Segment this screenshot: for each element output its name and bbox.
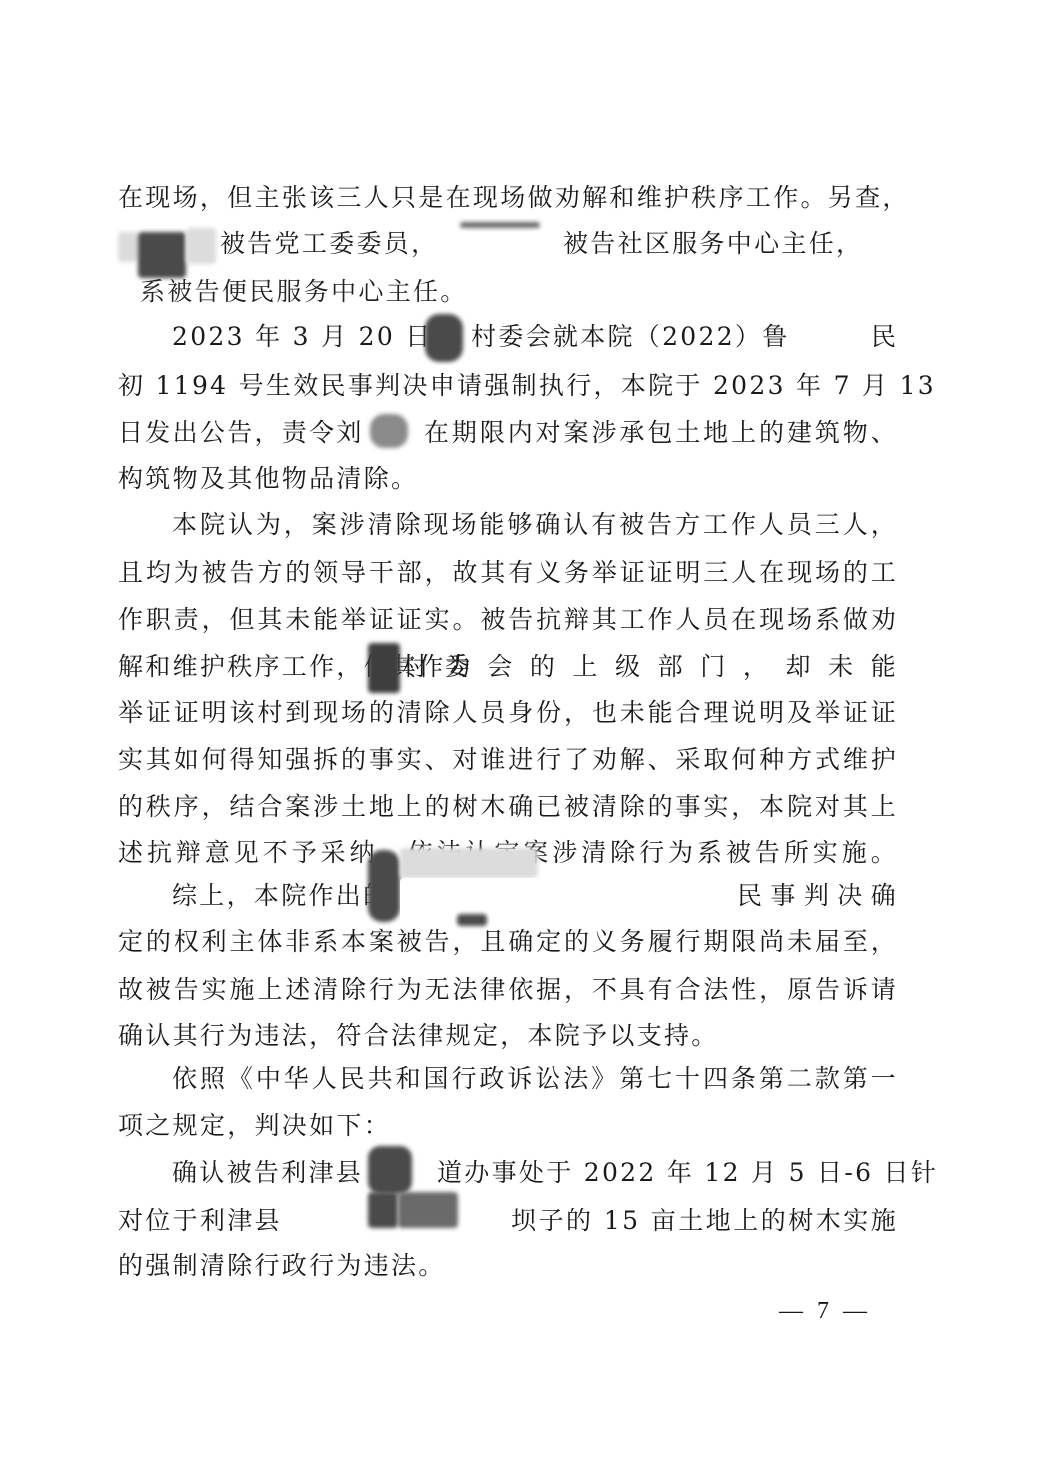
text-line: 道办事处于 2022 年 12 月 5 日-6 日针	[437, 1157, 898, 1189]
redaction-block	[368, 643, 400, 693]
text-line: 定的权利主体非系本案被告，且确定的义务履行期限尚未届至，	[118, 926, 898, 958]
text-line: 村委会的上级部门，却未能	[402, 651, 898, 683]
text-line: 的强制清除行政行为违法。	[118, 1250, 898, 1282]
text-line: 依照《中华人民共和国行政诉讼法》第七十四条第二款第一	[172, 1063, 898, 1095]
redaction-block	[457, 914, 487, 926]
text-line: 初 1194 号生效民事判决申请强制执行，本院于 2023 年 7 月 13	[118, 370, 898, 402]
text-line: 构筑物及其他物品清除。	[118, 463, 898, 495]
text-line: 被告党工委委员，	[220, 228, 460, 260]
text-line: 对位于利津县	[118, 1205, 298, 1237]
text-line: 确认其行为违法，符合法律规定，本院予以支持。	[118, 1020, 898, 1052]
text-line: 民	[871, 321, 901, 353]
document-page: 在现场，但主张该三人只是在现场做劝解和维护秩序工作。另查， 被告党工委委员， 被…	[0, 0, 1039, 1468]
redaction-block	[400, 848, 538, 878]
redaction-block	[138, 232, 186, 278]
page-number: — 7 —	[775, 1296, 875, 1326]
text-line: 且均为被告方的领导干部，故其有义务举证证明三人在现场的工	[118, 557, 898, 589]
text-line: 实其如何得知强拆的事实、对谁进行了劝解、采取何种方式维护	[118, 744, 898, 776]
text-line: 民事判决确	[737, 880, 898, 912]
text-line: 日发出公告，责令刘	[118, 417, 378, 449]
redaction-block	[368, 1192, 398, 1228]
redaction-block	[460, 222, 540, 228]
text-line: 项之规定，判决如下：	[118, 1110, 898, 1142]
redaction-block	[425, 314, 463, 362]
redaction-block	[118, 232, 138, 262]
text-line: 故被告实施上述清除行为无法律依据，不具有合法性，原告诉请	[118, 974, 898, 1006]
text-line: 举证证明该村到现场的清除人员身份，也未能合理说明及举证证	[118, 697, 898, 729]
redaction-block	[370, 414, 408, 448]
text-line: 系被告便民服务中心主任。	[140, 276, 540, 308]
text-line: 在期限内对案涉承包土地上的建筑物、	[424, 417, 898, 449]
redaction-block	[368, 850, 400, 922]
text-line: 确认被告利津县	[172, 1157, 392, 1189]
text-line: 本院认为，案涉清除现场能够确认有被告方工作人员三人，	[172, 509, 898, 541]
text-line: 的秩序，结合案涉土地上的树木确已被清除的事实，本院对其上	[118, 791, 898, 823]
text-line: 在现场，但主张该三人只是在现场做劝解和维护秩序工作。另查，	[118, 182, 898, 214]
text-line: 作职责，但其未能举证证实。被告抗辩其工作人员在现场系做劝	[118, 604, 898, 636]
redaction-block	[368, 1146, 412, 1194]
redaction-block	[186, 228, 216, 264]
redaction-block	[398, 1192, 458, 1228]
text-line: 被告社区服务中心主任，	[563, 228, 883, 260]
text-line: 村委会就本院（2022）鲁	[471, 321, 811, 353]
text-line: 坝子的 15 亩土地上的树木实施	[511, 1205, 898, 1237]
